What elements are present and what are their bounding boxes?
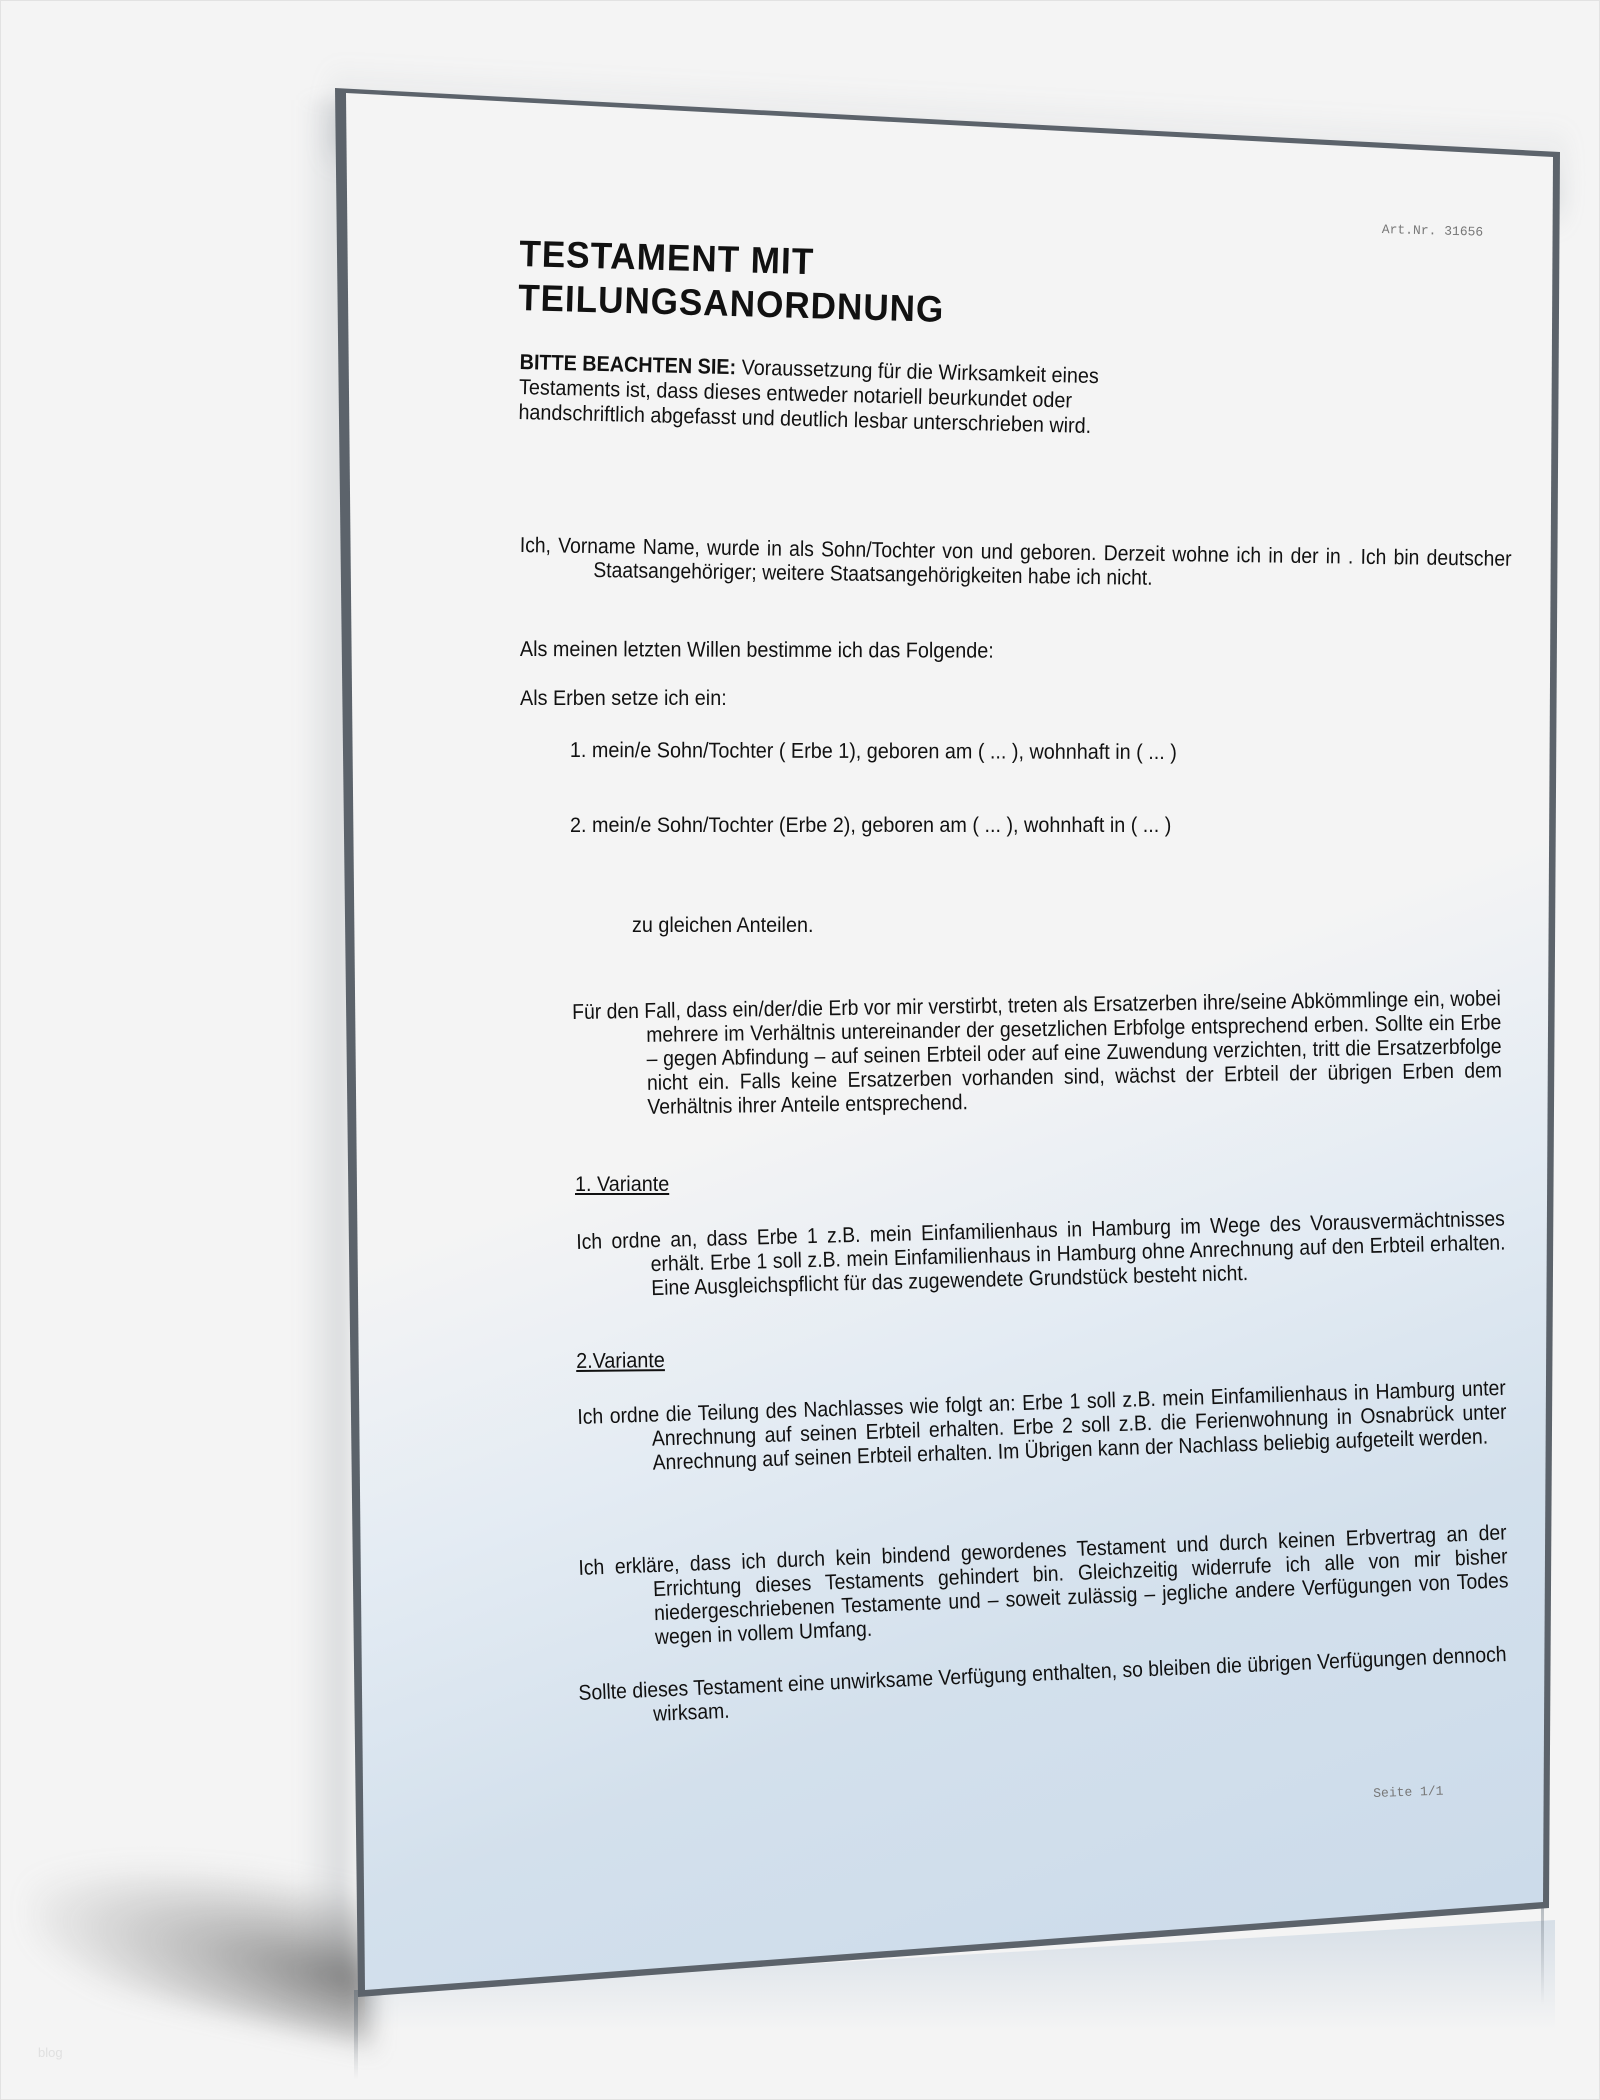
- document-title: TESTAMENT MIT TEILUNGSANORDNUNG: [518, 232, 947, 332]
- notice-block: BITTE BEACHTEN SIE: Voraussetzung für di…: [518, 350, 1099, 439]
- watermark: blog: [38, 2045, 63, 2060]
- variant-1-heading: 1. Variante: [575, 1172, 669, 1196]
- heir-item-1: 1. mein/e Sohn/Tochter ( Erbe 1), gebore…: [570, 738, 1177, 764]
- heir-item-2: 2. mein/e Sohn/Tochter (Erbe 2), geboren…: [570, 813, 1171, 837]
- heirs-intro: Als Erben setze ich ein:: [520, 686, 727, 710]
- substitute-heirs-paragraph: Für den Fall, dass ein/der/die Erb vor m…: [572, 986, 1502, 1120]
- variant-2-heading: 2.Variante: [576, 1348, 665, 1373]
- article-number: Art.Nr. 31656: [1382, 222, 1484, 240]
- page-reflection-edge-left: [354, 1990, 358, 2080]
- last-will-line: Als meinen letzten Willen bestimme ich d…: [520, 637, 994, 663]
- page-reflection-edge-right: [1541, 1905, 1544, 2005]
- page-number: Seite 1/1: [1373, 1784, 1444, 1801]
- equal-shares-line: zu gleichen Anteilen.: [632, 913, 813, 937]
